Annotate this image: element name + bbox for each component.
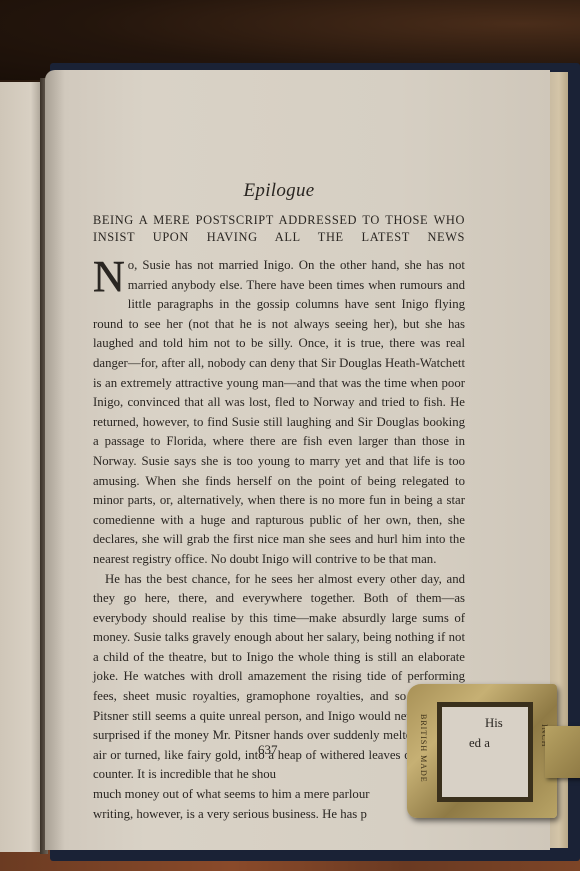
drop-cap: N — [93, 258, 125, 296]
window-text-1: His — [485, 716, 503, 731]
ruler-window: His ed a — [437, 702, 533, 802]
paragraph-1: No, Susie has not married Inigo. On the … — [93, 256, 465, 570]
chapter-title: Epilogue — [93, 180, 465, 202]
left-page — [0, 82, 44, 852]
page-number: 637 — [258, 742, 278, 758]
window-text-2: ed a — [469, 736, 490, 751]
paragraph-1-text: o, Susie has not married Inigo. On the o… — [93, 258, 465, 566]
ruler-label-british-made: BRITISH MADE — [419, 714, 428, 783]
ruler-tab — [545, 726, 580, 778]
brass-line-ruler: His ed a BRITISH MADE INCH — [407, 684, 557, 818]
chapter-subtitle: BEING A MERE POSTSCRIPT ADDRESSED TO THO… — [93, 212, 465, 246]
